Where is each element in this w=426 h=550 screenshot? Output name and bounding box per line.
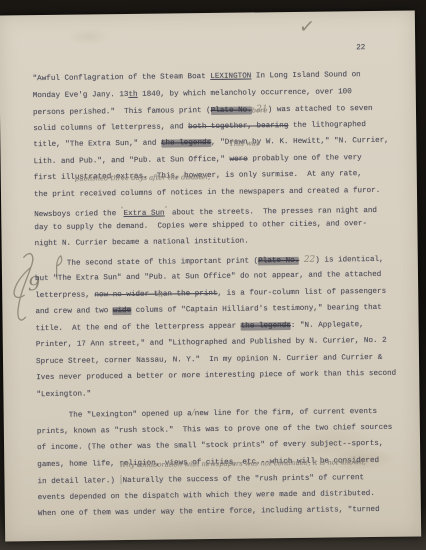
pencil-checkmark-icon: ✓ xyxy=(298,15,316,38)
page-number: 22 xyxy=(356,44,365,52)
text-segment: day to supply the demand. Copies were sh… xyxy=(34,220,367,232)
text-segment: title, "The Extra Sun," and xyxy=(33,140,161,150)
text-segment: colum xyxy=(131,307,158,315)
text-segment: Plate No. xyxy=(258,256,299,265)
text-segment: the print xyxy=(34,190,75,199)
text-segment: in detail later.) xyxy=(37,477,119,486)
text-segment: but "The Extra Sun" and "Pub. at Sun Off… xyxy=(35,271,381,283)
handwritten-segment: 22 xyxy=(304,254,316,264)
text-segment: When one of them was under way the entir… xyxy=(38,506,380,518)
text-segment: received columns of notices in the newsp… xyxy=(75,186,380,198)
text-segment: th xyxy=(128,90,137,98)
text-segment: "Awful Conflagration of the Steam Boat xyxy=(33,73,211,83)
text-segment: ) was attached to seven xyxy=(268,105,373,114)
text-segment: Ives never produced a better or more int… xyxy=(36,370,396,382)
paragraph: The second state of this important print… xyxy=(35,250,409,403)
paragraph: The "Lexington" opened up a/new line for… xyxy=(37,403,410,523)
handwritten-note: published three days after the disaster, xyxy=(75,168,210,186)
text-segment: 1840, by which melancholy occurrence, ov… xyxy=(138,88,352,99)
text-segment: were xyxy=(229,155,247,163)
text-segment: prints, known as "rush stock." This was … xyxy=(37,423,393,435)
text-segment: solid columns of letterpress, and xyxy=(33,123,188,133)
text-segment: LEXINGTON xyxy=(210,72,251,81)
text-segment: new line for the firm, of current events xyxy=(195,408,377,418)
paragraph: "Awful Conflagration of the Steam Boat L… xyxy=(32,67,406,253)
text-segment: Monday Eve'g Jany. 13 xyxy=(33,90,129,99)
text-segment: : "N. Applegate, xyxy=(291,321,364,330)
text-segment: s of "Captain Hilliard's testimony," bea… xyxy=(158,304,381,315)
text-segment: Naturally the success of the "rush print… xyxy=(123,474,365,485)
typed-line: When one of them was under way the entir… xyxy=(38,502,410,523)
text-segment: title. At the end of the letterpress app… xyxy=(36,322,241,333)
text-segment: Lith. and Pub.", and "Pub. at Sun Office… xyxy=(34,155,230,165)
text-segment: the lithographed xyxy=(288,121,366,130)
text-segment: Printer, 17 Ann street," and "Lithograph… xyxy=(36,337,387,349)
manuscript-text: "Awful Conflagration of the Steam Boat L… xyxy=(32,67,410,525)
text-segment: The second state of this important print… xyxy=(67,257,258,267)
handwritten-note: n xyxy=(158,287,163,304)
text-segment: Plate No. xyxy=(211,106,252,115)
typed-line: night N. Currier became a national insti… xyxy=(34,232,406,253)
text-segment: now no wider than the print xyxy=(94,289,217,299)
text-segment: both together, xyxy=(188,122,252,131)
text-segment: the legends xyxy=(241,322,291,331)
text-segment: The "Lexington" opened up a xyxy=(69,410,192,420)
typed-line: "Lexington." xyxy=(36,382,408,403)
text-segment: , is a four-column list of passengers xyxy=(217,287,386,297)
handwritten-note: This was xyxy=(229,135,259,152)
handwritten-note: Why collaboration with newspapers was no… xyxy=(119,454,365,474)
text-segment: persons perished." This famous print ( xyxy=(33,107,211,117)
text-segment: the legends xyxy=(161,139,211,148)
text-segment: events depended on the dispatch with whi… xyxy=(38,490,375,502)
text-segment: of income. (The other was the small "sto… xyxy=(37,440,383,452)
text-segment: In Long Island Sound on xyxy=(251,71,360,80)
text-segment: night N. Currier became a national insti… xyxy=(35,238,249,249)
text-segment: Extra Sun xyxy=(124,210,165,219)
text-segment: "Lexington." xyxy=(36,390,91,399)
text-segment: bearing xyxy=(252,122,289,130)
photo-backdrop: { "page": { "number": "22" }, "marks": {… xyxy=(0,0,426,550)
handwritten-note: bore xyxy=(252,102,268,119)
text-segment: Spruce Street, corner Nassau, N. Y." In … xyxy=(36,353,382,365)
text-segment: and crew and two xyxy=(35,307,113,316)
text-segment: wide xyxy=(113,307,131,315)
text-segment: letterpress, xyxy=(35,291,94,300)
text-segment: ) is identical, xyxy=(315,255,383,264)
paper-sheet: ✓ 22 9 "Awful Conflagration of the Steam… xyxy=(0,10,421,541)
text-segment: probably one of the very xyxy=(248,154,362,163)
